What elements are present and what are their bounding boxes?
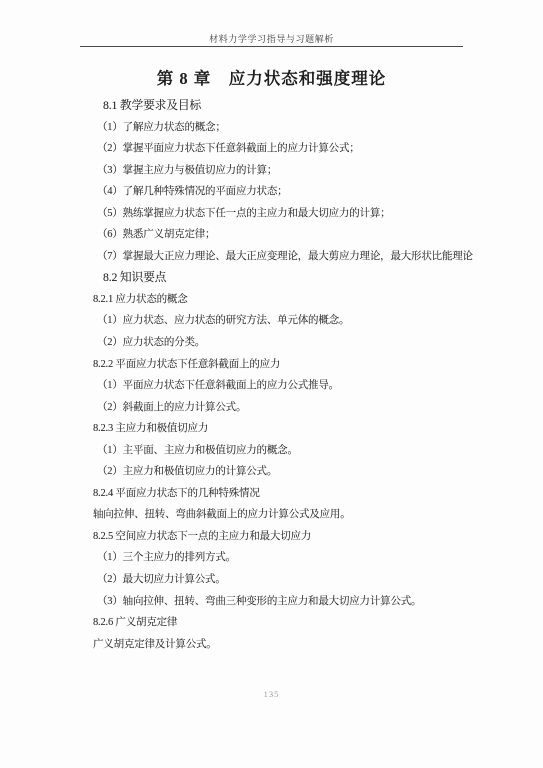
content-line-item: （1）了解应力状态的概念； <box>0 117 543 139</box>
content-line-subsection: 8.2.1 应力状态的概念 <box>0 289 543 311</box>
content-line-item: （1）应力状态、应力状态的研究方法、单元体的概念。 <box>0 310 543 332</box>
content-line-item: （5）熟练掌握应力状态下任一点的主应力和最大切应力的计算； <box>0 203 543 225</box>
content-line-subsection: 8.2.5 空间应力状态下一点的主应力和最大切应力 <box>0 526 543 548</box>
content-line-section: 8.2 知识要点 <box>0 267 543 289</box>
header-rule <box>80 46 463 47</box>
content-line-subsection: 8.2.6 广义胡克定律 <box>0 612 543 634</box>
running-header: 材料力学学习指导与习题解析 <box>0 32 543 45</box>
page-number: 135 <box>0 689 543 699</box>
content-line-item: （2）掌握平面应力状态下任意斜截面上的应力计算公式； <box>0 138 543 160</box>
chapter-title: 第 8 章 应力状态和强度理论 <box>0 65 543 89</box>
content-line-item: （1）三个主应力的排列方式。 <box>0 547 543 569</box>
content-line-item: （1）平面应力状态下任意斜截面上的应力公式推导。 <box>0 375 543 397</box>
content-line-item: （2）应力状态的分类。 <box>0 332 543 354</box>
content-lines: 8.1 教学要求及目标（1）了解应力状态的概念；（2）掌握平面应力状态下任意斜截… <box>0 95 543 655</box>
content-line-subsection: 8.2.4 平面应力状态下的几种特殊情况 <box>0 483 543 505</box>
content-line-item: （7）掌握最大正应力理论、最大正应变理论，最大剪应力理论，最大形状比能理论 <box>0 246 543 268</box>
content-line-item: （2）斜截面上的应力计算公式。 <box>0 397 543 419</box>
content-line-section: 8.1 教学要求及目标 <box>0 95 543 117</box>
content-line-item: （3）轴向拉伸、扭转、弯曲三种变形的主应力和最大切应力计算公式。 <box>0 591 543 613</box>
content-line-item: （2）最大切应力计算公式。 <box>0 569 543 591</box>
content-line-subsection: 8.2.2 平面应力状态下任意斜截面上的应力 <box>0 354 543 376</box>
content-line-item: （3）掌握主应力与极值切应力的计算； <box>0 160 543 182</box>
content-line-item: （4）了解几种特殊情况的平面应力状态； <box>0 181 543 203</box>
content-line-subsection: 8.2.3 主应力和极值切应力 <box>0 418 543 440</box>
content-line-body: 广义胡克定律及计算公式。 <box>0 634 543 656</box>
content-line-item: （1）主平面、主应力和极值切应力的概念。 <box>0 440 543 462</box>
content-line-body: 轴向拉伸、扭转、弯曲斜截面上的应力计算公式及应用。 <box>0 504 543 526</box>
content-line-item: （2）主应力和极值切应力的计算公式。 <box>0 461 543 483</box>
content-line-item: （6）熟悉广义胡克定律； <box>0 224 543 246</box>
document-page: 材料力学学习指导与习题解析 第 8 章 应力状态和强度理论 8.1 教学要求及目… <box>0 0 543 768</box>
